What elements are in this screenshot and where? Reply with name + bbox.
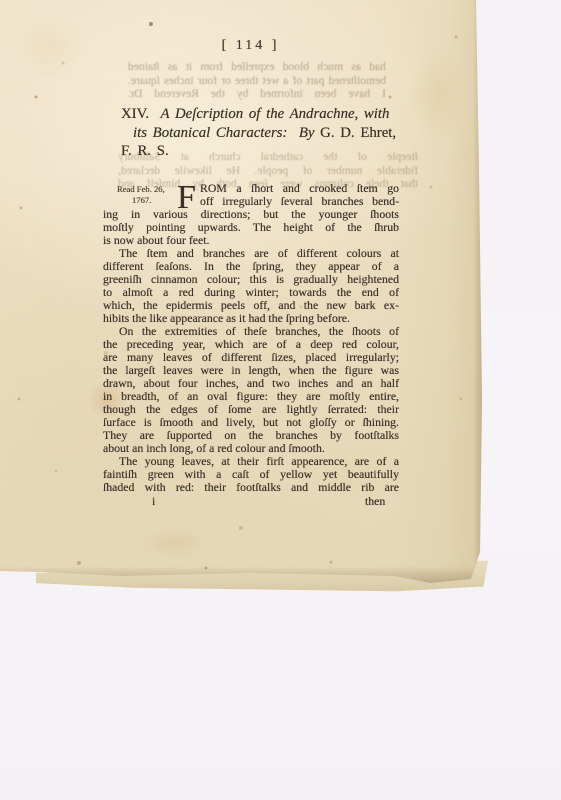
scanned-page: had as much blood expreſſed from it as ſ… <box>0 0 483 584</box>
bleedthrough-line: bemoiſtened part of a wet three or four … <box>128 74 386 88</box>
margin-note-line-1: Read Feb. 26, <box>117 184 179 195</box>
article-number: XIV. <box>121 106 149 122</box>
drop-cap: F <box>177 184 201 212</box>
bleedthrough-block-top: had as much blood expreſſed from it as ſ… <box>128 60 386 101</box>
catchword: then <box>365 494 385 509</box>
title-text-continued: its Botanical Characters: <box>133 125 287 141</box>
paper-stain <box>14 12 84 82</box>
title-text: A Deſcription of the Andrachne, with <box>161 106 390 122</box>
article-heading: XIV. A Deſcription of the Andrachne, wit… <box>121 105 403 161</box>
author-suffix: F. R. S. <box>121 143 169 159</box>
direction-line: i then <box>103 494 399 507</box>
bleedthrough-line: I have been informed by the Reverend Dr. <box>128 87 386 101</box>
heading-line-3: F. R. S. <box>121 142 403 161</box>
paragraph-4: The young leaves, at their firſt appeare… <box>103 455 399 494</box>
body-text: Read Feb. 26, 1767. F ROM a ſhort and cr… <box>103 182 399 507</box>
paragraph-3: On the extremities of theſe branches, th… <box>103 325 399 455</box>
paragraph-1: Read Feb. 26, 1767. F ROM a ſhort and cr… <box>103 182 399 247</box>
heading-line-1: XIV. A Deſcription of the Andrachne, wit… <box>121 105 403 124</box>
margin-note: Read Feb. 26, 1767. <box>117 184 179 205</box>
paper-stain <box>410 48 466 144</box>
paragraph-2: The ſtem and branches are of different c… <box>103 247 399 325</box>
heading-line-2: its Botanical Characters: By G. D. Ehret… <box>121 124 403 143</box>
author-name: G. D. Ehret, <box>320 125 396 141</box>
byline-word: By <box>299 125 315 141</box>
bleedthrough-line: had as much blood expreſſed from it as ſ… <box>128 60 386 74</box>
page-number: [ 114 ] <box>103 38 398 54</box>
paper-stain <box>140 528 210 558</box>
margin-note-line-2: 1767. <box>117 195 179 206</box>
foxing-specks <box>0 0 2 2</box>
text-line: ſhaded with red: their footſtalks and mi… <box>103 481 399 494</box>
bleedthrough-line: fiderable number of people. He likewiſe … <box>118 164 418 178</box>
signature-mark: i <box>152 494 155 509</box>
